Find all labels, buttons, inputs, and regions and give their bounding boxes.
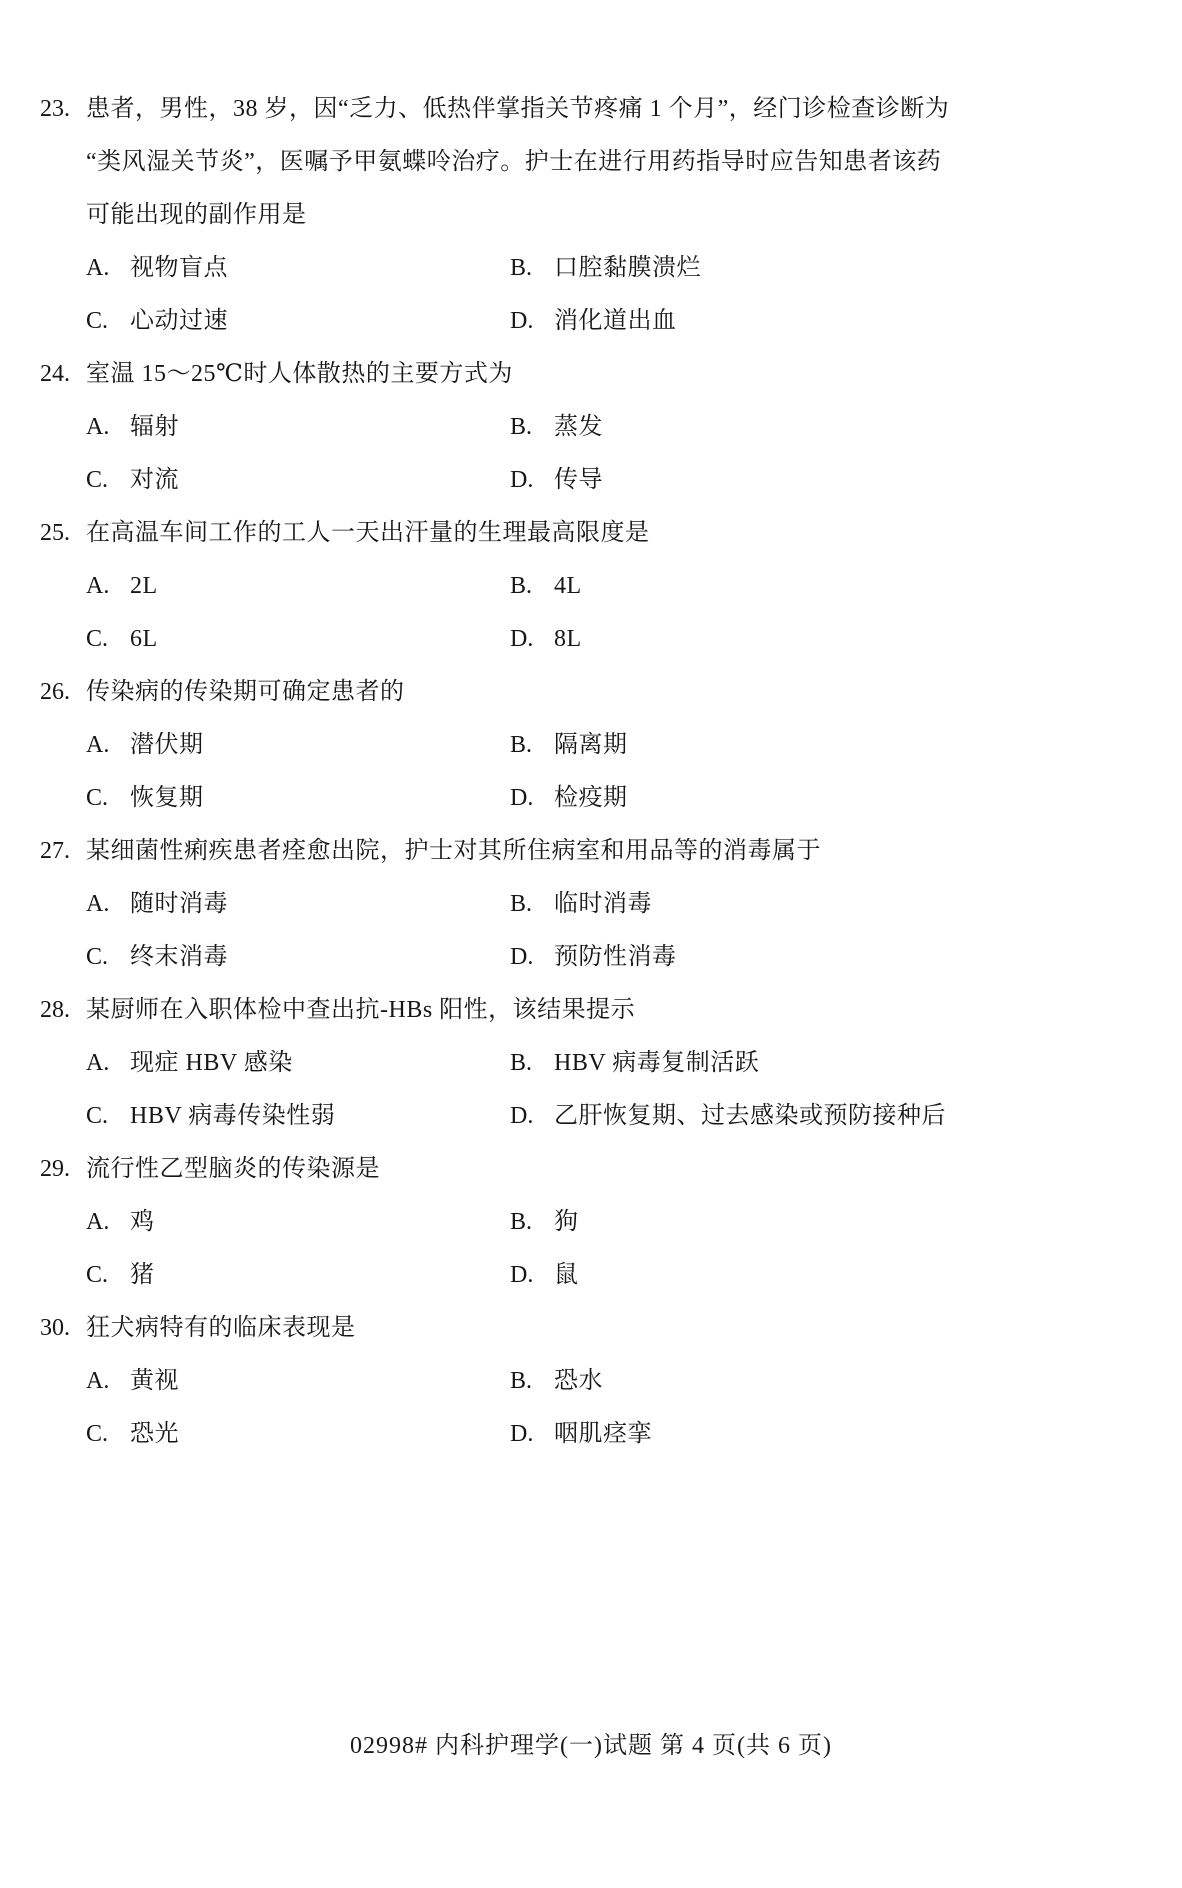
option-text: 6L bbox=[130, 626, 158, 652]
option-text: 潜伏期 bbox=[130, 732, 204, 758]
option-text: 咽肌痉挛 bbox=[554, 1421, 652, 1447]
question-23: 23. 患者，男性，38 岁，因“乏力、低热伴掌指关节疼痛 1 个月”，经门诊检… bbox=[40, 83, 962, 348]
option-text: 乙肝恢复期、过去感染或预防接种后 bbox=[554, 1103, 946, 1129]
question-number: 30. bbox=[40, 1302, 86, 1355]
question-24: 24. 室温 15～25℃时人体散热的主要方式为 A.辐射 B.蒸发 C.对流 … bbox=[40, 348, 962, 507]
question-26: 26. 传染病的传染期可确定患者的 A.潜伏期 B.隔离期 C.恢复期 D.检疫… bbox=[40, 666, 962, 825]
option-d: D.鼠 bbox=[510, 1249, 962, 1302]
option-text: 鸡 bbox=[130, 1209, 155, 1235]
option-label: D. bbox=[510, 295, 554, 348]
option-text: 隔离期 bbox=[554, 732, 628, 758]
question-stem: 室温 15～25℃时人体散热的主要方式为 bbox=[86, 348, 962, 401]
option-b: B.隔离期 bbox=[510, 719, 962, 772]
option-d: D.咽肌痉挛 bbox=[510, 1408, 962, 1461]
question-28: 28. 某厨师在入职体检中查出抗-HBs 阳性，该结果提示 A.现症 HBV 感… bbox=[40, 984, 962, 1143]
option-c: C.对流 bbox=[86, 454, 510, 507]
question-stem: 传染病的传染期可确定患者的 bbox=[86, 666, 962, 719]
option-b: B.临时消毒 bbox=[510, 878, 962, 931]
option-text: 消化道出血 bbox=[554, 308, 677, 334]
exam-page: 23. 患者，男性，38 岁，因“乏力、低热伴掌指关节疼痛 1 个月”，经门诊检… bbox=[0, 0, 1182, 1888]
option-label: B. bbox=[510, 878, 554, 931]
option-b: B.HBV 病毒复制活跃 bbox=[510, 1037, 962, 1090]
question-29: 29. 流行性乙型脑炎的传染源是 A.鸡 B.狗 C.猪 D.鼠 bbox=[40, 1143, 962, 1302]
option-label: A. bbox=[86, 560, 130, 613]
option-text: 终末消毒 bbox=[130, 944, 228, 970]
option-label: B. bbox=[510, 401, 554, 454]
option-text: 猪 bbox=[130, 1262, 155, 1288]
option-d: D.预防性消毒 bbox=[510, 931, 962, 984]
option-a: A.2L bbox=[86, 560, 510, 613]
question-number: 29. bbox=[40, 1143, 86, 1196]
option-d: D.消化道出血 bbox=[510, 295, 962, 348]
option-label: C. bbox=[86, 931, 130, 984]
options-grid: A.随时消毒 B.临时消毒 C.终末消毒 D.预防性消毒 bbox=[40, 878, 962, 984]
option-b: B.4L bbox=[510, 560, 962, 613]
option-c: C.心动过速 bbox=[86, 295, 510, 348]
option-label: B. bbox=[510, 719, 554, 772]
option-label: B. bbox=[510, 560, 554, 613]
option-text: 黄视 bbox=[130, 1368, 179, 1394]
option-text: 检疫期 bbox=[554, 785, 628, 811]
option-label: D. bbox=[510, 613, 554, 666]
question-stem: 患者，男性，38 岁，因“乏力、低热伴掌指关节疼痛 1 个月”，经门诊检查诊断为… bbox=[86, 83, 962, 242]
option-label: A. bbox=[86, 719, 130, 772]
option-c: C.猪 bbox=[86, 1249, 510, 1302]
question-stem: 某细菌性痢疾患者痊愈出院，护士对其所住病室和用品等的消毒属于 bbox=[86, 825, 962, 878]
option-label: D. bbox=[510, 931, 554, 984]
question-number: 27. bbox=[40, 825, 86, 878]
question-stem: 流行性乙型脑炎的传染源是 bbox=[86, 1143, 962, 1196]
option-a: A.随时消毒 bbox=[86, 878, 510, 931]
option-text: 恐水 bbox=[554, 1368, 603, 1394]
question-number: 23. bbox=[40, 83, 86, 136]
option-a: A.黄视 bbox=[86, 1355, 510, 1408]
option-label: A. bbox=[86, 1196, 130, 1249]
option-label: D. bbox=[510, 1408, 554, 1461]
option-text: 4L bbox=[554, 573, 582, 599]
option-label: C. bbox=[86, 613, 130, 666]
question-number: 28. bbox=[40, 984, 86, 1037]
option-text: 恢复期 bbox=[130, 785, 204, 811]
option-text: HBV 病毒传染性弱 bbox=[130, 1103, 335, 1129]
option-a: A.辐射 bbox=[86, 401, 510, 454]
option-text: 临时消毒 bbox=[554, 891, 652, 917]
question-30: 30. 狂犬病特有的临床表现是 A.黄视 B.恐水 C.恐光 D.咽肌痉挛 bbox=[40, 1302, 962, 1461]
option-a: A.视物盲点 bbox=[86, 242, 510, 295]
option-text: 鼠 bbox=[554, 1262, 579, 1288]
option-text: 预防性消毒 bbox=[554, 944, 677, 970]
option-a: A.潜伏期 bbox=[86, 719, 510, 772]
option-d: D.检疫期 bbox=[510, 772, 962, 825]
question-number: 25. bbox=[40, 507, 86, 560]
question-27: 27. 某细菌性痢疾患者痊愈出院，护士对其所住病室和用品等的消毒属于 A.随时消… bbox=[40, 825, 962, 984]
question-number: 26. bbox=[40, 666, 86, 719]
option-b: B.狗 bbox=[510, 1196, 962, 1249]
option-b: B.恐水 bbox=[510, 1355, 962, 1408]
option-label: A. bbox=[86, 1037, 130, 1090]
option-label: A. bbox=[86, 242, 130, 295]
page-footer: 02998# 内科护理学(一)试题 第 4 页(共 6 页) bbox=[0, 1722, 1182, 1770]
options-grid: A.鸡 B.狗 C.猪 D.鼠 bbox=[40, 1196, 962, 1302]
option-label: C. bbox=[86, 454, 130, 507]
question-stem: 某厨师在入职体检中查出抗-HBs 阳性，该结果提示 bbox=[86, 984, 962, 1037]
option-text: 视物盲点 bbox=[130, 255, 228, 281]
option-text: 2L bbox=[130, 573, 158, 599]
option-label: D. bbox=[510, 1249, 554, 1302]
option-a: A.鸡 bbox=[86, 1196, 510, 1249]
question-stem: 狂犬病特有的临床表现是 bbox=[86, 1302, 962, 1355]
option-d: D.传导 bbox=[510, 454, 962, 507]
option-text: 口腔黏膜溃烂 bbox=[554, 255, 701, 281]
option-text: 传导 bbox=[554, 467, 603, 493]
option-b: B.口腔黏膜溃烂 bbox=[510, 242, 962, 295]
option-text: 心动过速 bbox=[130, 308, 228, 334]
option-text: HBV 病毒复制活跃 bbox=[554, 1050, 759, 1076]
option-label: B. bbox=[510, 1037, 554, 1090]
option-b: B.蒸发 bbox=[510, 401, 962, 454]
option-d: D.8L bbox=[510, 613, 962, 666]
option-c: C.6L bbox=[86, 613, 510, 666]
option-label: A. bbox=[86, 878, 130, 931]
option-label: D. bbox=[510, 1090, 554, 1143]
options-grid: A.视物盲点 B.口腔黏膜溃烂 C.心动过速 D.消化道出血 bbox=[40, 242, 962, 348]
option-label: C. bbox=[86, 1408, 130, 1461]
option-label: B. bbox=[510, 1196, 554, 1249]
option-label: D. bbox=[510, 454, 554, 507]
question-stem: 在高温车间工作的工人一天出汗量的生理最高限度是 bbox=[86, 507, 962, 560]
option-label: C. bbox=[86, 772, 130, 825]
question-number: 24. bbox=[40, 348, 86, 401]
options-grid: A.辐射 B.蒸发 C.对流 D.传导 bbox=[40, 401, 962, 507]
option-label: A. bbox=[86, 1355, 130, 1408]
option-text: 现症 HBV 感染 bbox=[130, 1050, 293, 1076]
option-c: C.HBV 病毒传染性弱 bbox=[86, 1090, 510, 1143]
option-text: 对流 bbox=[130, 467, 179, 493]
option-text: 狗 bbox=[554, 1209, 579, 1235]
option-text: 蒸发 bbox=[554, 414, 603, 440]
option-text: 辐射 bbox=[130, 414, 179, 440]
option-text: 随时消毒 bbox=[130, 891, 228, 917]
option-label: C. bbox=[86, 1090, 130, 1143]
options-grid: A.黄视 B.恐水 C.恐光 D.咽肌痉挛 bbox=[40, 1355, 962, 1461]
option-label: C. bbox=[86, 1249, 130, 1302]
option-label: A. bbox=[86, 401, 130, 454]
option-label: B. bbox=[510, 1355, 554, 1408]
option-c: C.终末消毒 bbox=[86, 931, 510, 984]
option-c: C.恐光 bbox=[86, 1408, 510, 1461]
option-label: D. bbox=[510, 772, 554, 825]
option-text: 8L bbox=[554, 626, 582, 652]
option-label: B. bbox=[510, 242, 554, 295]
option-text: 恐光 bbox=[130, 1421, 179, 1447]
question-list: 23. 患者，男性，38 岁，因“乏力、低热伴掌指关节疼痛 1 个月”，经门诊检… bbox=[40, 83, 962, 1461]
options-grid: A.2L B.4L C.6L D.8L bbox=[40, 560, 962, 666]
option-c: C.恢复期 bbox=[86, 772, 510, 825]
option-a: A.现症 HBV 感染 bbox=[86, 1037, 510, 1090]
question-25: 25. 在高温车间工作的工人一天出汗量的生理最高限度是 A.2L B.4L C.… bbox=[40, 507, 962, 666]
options-grid: A.潜伏期 B.隔离期 C.恢复期 D.检疫期 bbox=[40, 719, 962, 825]
options-grid: A.现症 HBV 感染 B.HBV 病毒复制活跃 C.HBV 病毒传染性弱 D.… bbox=[40, 1037, 962, 1143]
option-d: D.乙肝恢复期、过去感染或预防接种后 bbox=[510, 1090, 962, 1143]
option-label: C. bbox=[86, 295, 130, 348]
